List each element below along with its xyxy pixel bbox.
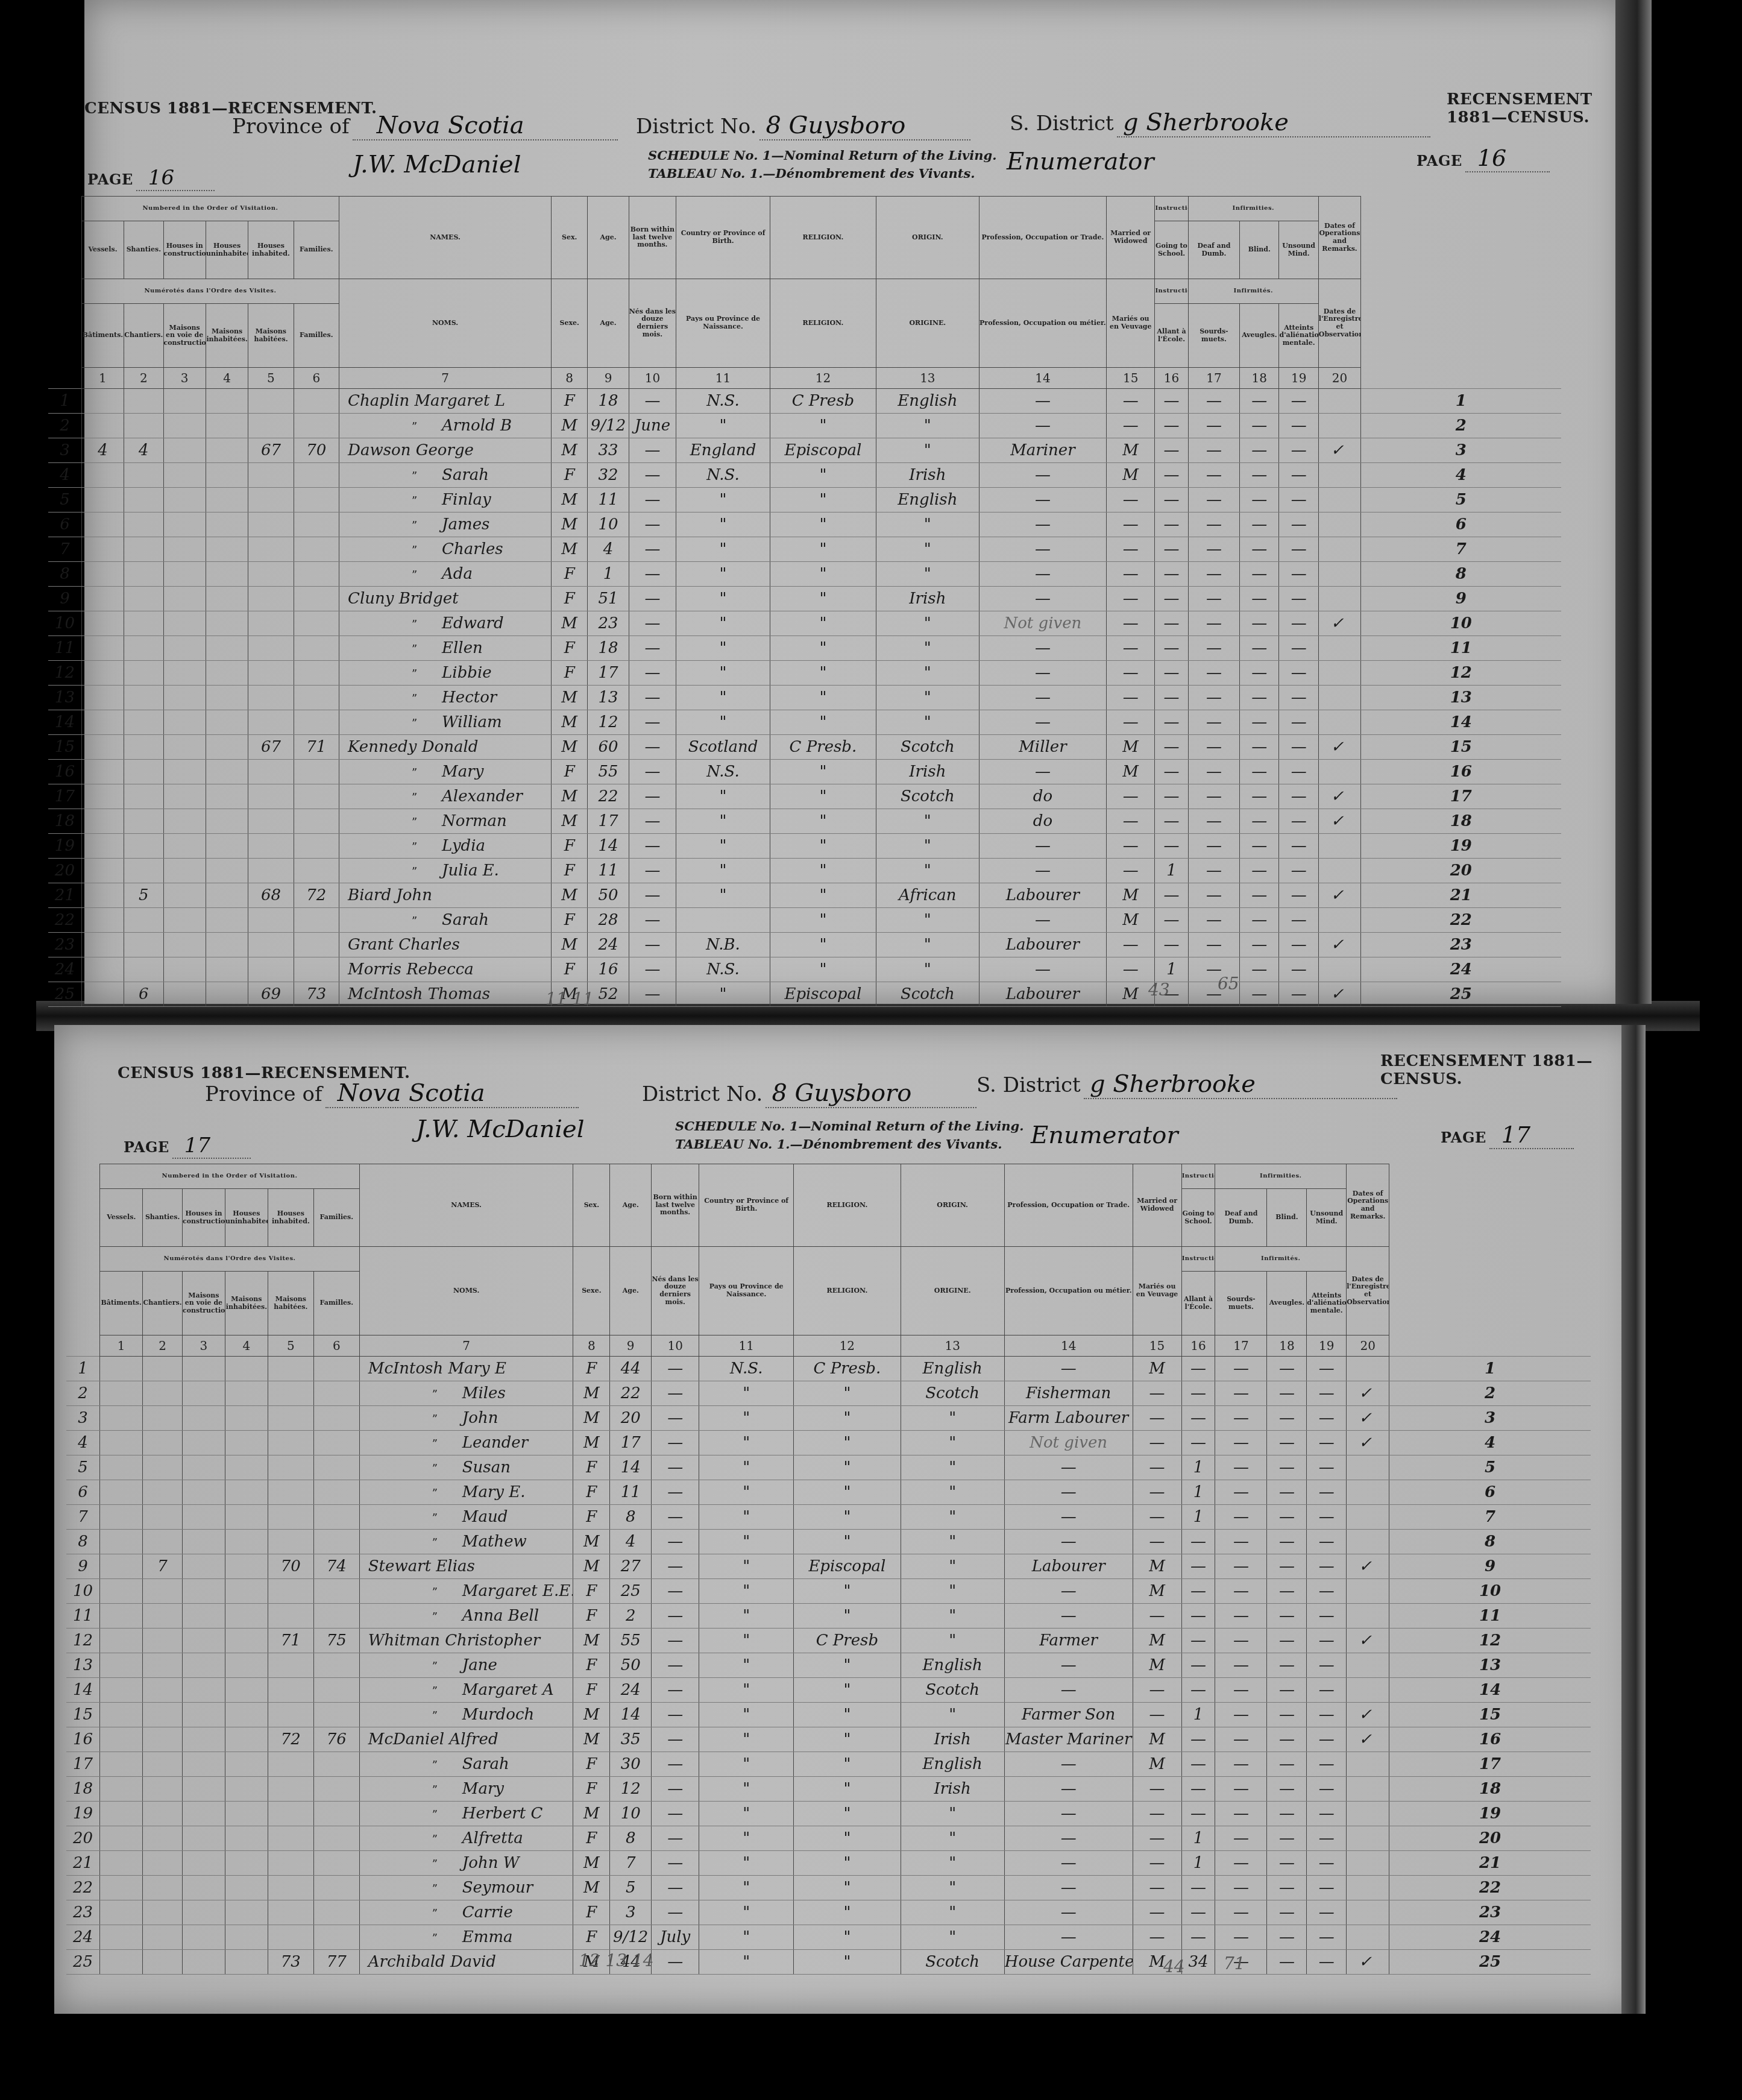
column-number: 4 (206, 368, 248, 389)
line-number: 7 (66, 1505, 100, 1530)
cell-deaf: — (1215, 1357, 1267, 1381)
cell-remarks: ✓ (1347, 1950, 1389, 1975)
line-number: 11 (48, 636, 81, 661)
religion-header-fr: RELIGION. (794, 1247, 901, 1335)
cell-religion: " (770, 562, 876, 587)
cell-c4 (206, 512, 248, 537)
cell-name: ”Mary (359, 1777, 573, 1802)
footer-tally: 71 (1224, 1953, 1245, 1973)
line-number: 17 (48, 784, 81, 809)
cell-remarks (1347, 1752, 1389, 1777)
cell-origin: " (876, 414, 979, 438)
cell-married: — (1133, 1604, 1181, 1629)
cell-c1 (81, 784, 124, 809)
cell-c2 (143, 1579, 183, 1604)
cell-c5 (268, 1480, 313, 1505)
infirmity-subheader-fr: Atteints d'aliénation mentale. (1279, 304, 1318, 368)
cell-c4 (206, 834, 248, 859)
cell-c6 (294, 859, 339, 883)
cell-sex: M (573, 1530, 610, 1554)
cell-remarks: ✓ (1318, 982, 1360, 1007)
cell-c3 (183, 1406, 225, 1431)
cell-c5: 72 (268, 1727, 313, 1752)
sex-header-fr: Sexe. (573, 1247, 610, 1335)
line-number-right: 23 (1361, 933, 1561, 957)
cell-c5 (248, 414, 294, 438)
cell-deaf: — (1215, 1530, 1267, 1554)
cell-name: Morris Rebecca (339, 957, 552, 982)
cell-born: — (629, 438, 676, 463)
cell-c1 (100, 1604, 143, 1629)
cell-profession: Mariner (979, 438, 1106, 463)
ditto-mark: ” (412, 495, 442, 508)
cell-c5: 73 (268, 1950, 313, 1975)
line-number: 4 (66, 1431, 100, 1455)
visitation-subheader: Houses uninhabited. (206, 221, 248, 279)
cell-unsound: — (1307, 1752, 1347, 1777)
cell-school: — (1181, 1381, 1215, 1406)
cell-c5 (268, 1900, 313, 1925)
cell-school: — (1155, 710, 1188, 735)
cell-sex: F (573, 1579, 610, 1604)
infirmities-group-header-fr: Infirmités. (1215, 1247, 1347, 1272)
cell-age: 8 (610, 1826, 652, 1851)
person-name: Libbie (442, 664, 492, 682)
cell-remarks: ✓ (1347, 1406, 1389, 1431)
line-number: 6 (48, 512, 81, 537)
cell-c5 (248, 908, 294, 933)
column-number: 17 (1215, 1335, 1267, 1357)
cell-blind: — (1267, 1579, 1307, 1604)
person-name: Sarah (442, 466, 489, 484)
cell-name: ”Lydia (339, 834, 552, 859)
footer-tally: 44 (1163, 1957, 1185, 1976)
cell-c6 (313, 1381, 359, 1406)
cell-born: — (629, 512, 676, 537)
column-number: 6 (294, 368, 339, 389)
cell-c5 (248, 760, 294, 784)
cell-religion: " (794, 1505, 901, 1530)
cell-origin: Scotch (901, 1381, 1004, 1406)
cell-school: — (1155, 414, 1188, 438)
page-binding-edge (1615, 0, 1652, 1004)
cell-c2 (143, 1431, 183, 1455)
cell-c5 (248, 661, 294, 686)
cell-school: 1 (1181, 1703, 1215, 1727)
cell-c4 (206, 883, 248, 908)
cell-married: — (1133, 1826, 1181, 1851)
cell-c1 (100, 1876, 143, 1900)
cell-school: — (1181, 1431, 1215, 1455)
cell-c2 (124, 611, 163, 636)
table-row: 977074Stewart EliasM27—"Episcopal"Labour… (66, 1554, 1627, 1579)
cell-age: 32 (588, 463, 629, 488)
cell-profession: — (979, 389, 1106, 414)
cell-origin: " (876, 438, 979, 463)
cell-c2 (124, 933, 163, 957)
cell-married: — (1106, 587, 1154, 611)
cell-origin: English (876, 389, 979, 414)
ditto-mark: ” (412, 792, 442, 804)
table-row: 3446770Dawson GeorgeM33—EnglandEpiscopal… (48, 438, 1597, 463)
visitation-subheader-fr: Maisons inhabitées. (225, 1272, 268, 1335)
cell-unsound: — (1307, 1357, 1347, 1381)
cell-remarks (1318, 834, 1360, 859)
cell-born: — (652, 1530, 699, 1554)
cell-birthplace: N.S. (676, 389, 770, 414)
cell-sex: M (551, 710, 587, 735)
person-name: Emma (462, 1928, 513, 1946)
cell-blind: — (1240, 933, 1279, 957)
line-number: 14 (48, 710, 81, 735)
enumerator-name: J.W. McDaniel (416, 1115, 585, 1143)
cell-c4 (225, 1777, 268, 1802)
district-label: District No. (642, 1082, 763, 1106)
cell-sex: M (573, 1727, 610, 1752)
cell-name: ”Murdoch (359, 1703, 573, 1727)
cell-remarks: ✓ (1318, 611, 1360, 636)
cell-remarks: ✓ (1318, 883, 1360, 908)
person-name: John (462, 1409, 498, 1427)
schedule-en: SCHEDULE No. 1—Nominal Return of the Liv… (648, 148, 997, 163)
visitation-subheader: Families. (294, 221, 339, 279)
cell-c6 (313, 1900, 359, 1925)
cell-c4 (225, 1455, 268, 1480)
cell-c2 (124, 661, 163, 686)
infirmity-subheader: Unsound Mind. (1279, 221, 1318, 279)
profession-header-fr: Profession, Occupation ou métier. (979, 279, 1106, 368)
remarks-header-fr: Dates de l'Enregistrement et Observation… (1347, 1247, 1389, 1335)
person-name: Lydia (442, 837, 485, 855)
cell-c2 (124, 587, 163, 611)
line-number-right: 9 (1361, 587, 1561, 611)
cell-origin: " (876, 710, 979, 735)
cell-born: — (629, 883, 676, 908)
infirmity-subheader: Blind. (1240, 221, 1279, 279)
cell-c3 (163, 809, 206, 834)
cell-profession: — (979, 661, 1106, 686)
cell-unsound: — (1279, 636, 1318, 661)
table-row: 167276McDaniel AlfredM35—""IrishMaster M… (66, 1727, 1627, 1752)
table-row: 1Chaplin Margaret LF18—N.S.C PresbEnglis… (48, 389, 1597, 414)
cell-name: Dawson George (339, 438, 552, 463)
cell-age: 50 (610, 1653, 652, 1678)
person-name: Kennedy Donald (348, 738, 478, 756)
cell-born: — (629, 859, 676, 883)
person-name: Ellen (442, 639, 483, 657)
cell-married: — (1133, 1406, 1181, 1431)
cell-c1 (81, 463, 124, 488)
cell-c2 (143, 1455, 183, 1480)
cell-c6 (313, 1406, 359, 1431)
cell-c3 (163, 957, 206, 982)
cell-c6 (294, 908, 339, 933)
cell-school: 1 (1181, 1826, 1215, 1851)
sex-header-fr: Sexe. (551, 279, 587, 368)
visitation-subheader-fr: Familles. (294, 304, 339, 368)
cell-born: — (652, 1480, 699, 1505)
visitation-subheader-fr: Chantiers. (143, 1272, 183, 1335)
cell-c2 (124, 488, 163, 512)
line-number-right: 5 (1361, 488, 1561, 512)
table-row: 16”MaryF55—N.S."Irish—M————16 (48, 760, 1597, 784)
cell-c5 (268, 1505, 313, 1530)
cell-c4 (206, 710, 248, 735)
cell-c2 (124, 512, 163, 537)
cell-married: — (1106, 562, 1154, 587)
ditto-mark: ” (412, 767, 442, 780)
table-row: 2156872Biard JohnM50—""AfricanLabourerM—… (48, 883, 1597, 908)
cell-married: — (1133, 1530, 1181, 1554)
cell-profession: Miller (979, 735, 1106, 760)
birthplace-header-fr: Pays ou Province de Naissance. (676, 279, 770, 368)
cell-c6: 74 (313, 1554, 359, 1579)
district-field: District No. 8 Guysboro (636, 112, 973, 140)
cell-c5: 71 (268, 1629, 313, 1653)
origin-header: ORIGIN. (901, 1164, 1004, 1247)
line-number: 16 (48, 760, 81, 784)
person-name: Ada (442, 565, 473, 583)
visitation-subheader-fr: Maisons habitées. (268, 1272, 313, 1335)
cell-unsound: — (1279, 661, 1318, 686)
cell-profession: — (1004, 1480, 1133, 1505)
cell-age: 11 (588, 859, 629, 883)
cell-remarks (1318, 488, 1360, 512)
column-number: 19 (1279, 368, 1318, 389)
cell-age: 13 (588, 686, 629, 710)
cell-c1 (81, 611, 124, 636)
line-number: 4 (48, 463, 81, 488)
married-header: Married or Widowed (1133, 1164, 1181, 1247)
cell-age: 28 (588, 908, 629, 933)
cell-age: 55 (588, 760, 629, 784)
cell-name: ”Ellen (339, 636, 552, 661)
cell-c4 (206, 488, 248, 512)
cell-religion: " (794, 1530, 901, 1554)
cell-name: ”James (339, 512, 552, 537)
cell-c3 (163, 784, 206, 809)
line-number: 19 (66, 1802, 100, 1826)
cell-c3 (183, 1505, 225, 1530)
table-row: 156771Kennedy DonaldM60—ScotlandC Presb.… (48, 735, 1597, 760)
cell-born: — (652, 1950, 699, 1975)
cell-birthplace: " (699, 1604, 794, 1629)
column-number: 10 (652, 1335, 699, 1357)
cell-sex: F (551, 587, 587, 611)
cell-c2 (124, 784, 163, 809)
line-number-right: 22 (1389, 1876, 1591, 1900)
column-number: 20 (1318, 368, 1360, 389)
cell-religion: " (794, 1455, 901, 1480)
cell-c2 (143, 1752, 183, 1777)
cell-c2: 5 (124, 883, 163, 908)
cell-c3 (163, 389, 206, 414)
cell-c6 (294, 661, 339, 686)
cell-religion: C Presb (770, 389, 876, 414)
visitation-subheader-fr: Bâtiments. (81, 304, 124, 368)
cell-origin: Scotch (876, 982, 979, 1007)
cell-c6 (294, 834, 339, 859)
line-number-right: 25 (1389, 1950, 1591, 1975)
cell-religion: " (770, 611, 876, 636)
header-spacer (66, 1335, 100, 1357)
cell-married: — (1133, 1505, 1181, 1530)
table-row: 19”Herbert CM10—"""——————19 (66, 1802, 1627, 1826)
cell-deaf: — (1188, 414, 1239, 438)
table-row: 127175Whitman ChristopherM55—"C Presb"Fa… (66, 1629, 1627, 1653)
cell-c2 (124, 414, 163, 438)
cell-sex: F (551, 389, 587, 414)
cell-origin: Irish (876, 463, 979, 488)
cell-c4 (225, 1357, 268, 1381)
person-name: Finlay (442, 491, 491, 509)
cell-c3 (183, 1431, 225, 1455)
cell-c3 (163, 760, 206, 784)
cell-deaf: — (1215, 1505, 1267, 1530)
cell-school: — (1155, 389, 1188, 414)
cell-unsound: — (1307, 1480, 1347, 1505)
cell-unsound: — (1279, 908, 1318, 933)
cell-c4 (206, 933, 248, 957)
line-number-right: 17 (1361, 784, 1561, 809)
person-name: Alexander (442, 787, 523, 806)
cell-unsound: — (1307, 1406, 1347, 1431)
cell-deaf: — (1215, 1777, 1267, 1802)
cell-religion: " (770, 908, 876, 933)
cell-age: 2 (610, 1604, 652, 1629)
cell-remarks: ✓ (1318, 933, 1360, 957)
cell-name: Cluny Bridget (339, 587, 552, 611)
profession-header-fr: Profession, Occupation ou métier. (1004, 1247, 1133, 1335)
visitation-subheader-fr: Bâtiments. (100, 1272, 143, 1335)
line-number-right: 4 (1361, 463, 1561, 488)
ditto-mark: ” (412, 866, 442, 878)
cell-c1 (100, 1653, 143, 1678)
cell-name: Whitman Christopher (359, 1629, 573, 1653)
cell-c1 (100, 1431, 143, 1455)
cell-c6 (313, 1703, 359, 1727)
born-header: Born within last twelve months. (629, 197, 676, 279)
cell-c4 (206, 760, 248, 784)
cell-school: — (1181, 1876, 1215, 1900)
cell-birthplace: N.S. (676, 463, 770, 488)
cell-c3 (183, 1455, 225, 1480)
cell-c2 (143, 1678, 183, 1703)
header-spacer (48, 368, 81, 389)
cell-birthplace: " (676, 414, 770, 438)
cell-birthplace: " (699, 1950, 794, 1975)
cell-c3 (183, 1851, 225, 1876)
cell-remarks (1347, 1455, 1389, 1480)
cell-profession: — (1004, 1530, 1133, 1554)
line-number-right: 11 (1389, 1604, 1591, 1629)
cell-school: — (1155, 438, 1188, 463)
cell-born: — (629, 661, 676, 686)
cell-c2 (143, 1604, 183, 1629)
cell-c6 (294, 636, 339, 661)
profession-header: Profession, Occupation or Trade. (979, 197, 1106, 279)
cell-age: 17 (610, 1431, 652, 1455)
line-number: 16 (66, 1727, 100, 1752)
cell-blind: — (1267, 1777, 1307, 1802)
cell-c4 (225, 1480, 268, 1505)
cell-name: Biard John (339, 883, 552, 908)
cell-origin: English (876, 488, 979, 512)
census-page-17: CENSUS 1881—RECENSEMENT. RECENSEMENT 188… (54, 1025, 1640, 2014)
cell-c1 (81, 908, 124, 933)
cell-born: — (652, 1579, 699, 1604)
cell-married: — (1133, 1455, 1181, 1480)
ditto-mark: ” (412, 693, 442, 705)
cell-unsound: — (1279, 760, 1318, 784)
person-name: Edward (442, 614, 503, 632)
cell-unsound: — (1279, 488, 1318, 512)
cell-born: — (629, 686, 676, 710)
cell-c3 (183, 1629, 225, 1653)
cell-c3 (163, 587, 206, 611)
cell-blind: — (1240, 686, 1279, 710)
district-value: 8 Guysboro (766, 1079, 976, 1108)
cell-unsound: — (1307, 1703, 1347, 1727)
table-row: 14”WilliamM12—"""——————14 (48, 710, 1597, 735)
person-name: Carrie (462, 1903, 513, 1922)
cell-born: — (629, 611, 676, 636)
line-number: 19 (48, 834, 81, 859)
cell-unsound: — (1279, 859, 1318, 883)
schedule-fr: TABLEAU No. 1.—Dénombrement des Vivants. (648, 166, 975, 181)
cell-religion: " (794, 1703, 901, 1727)
line-number: 8 (48, 562, 81, 587)
cell-birthplace: " (699, 1653, 794, 1678)
cell-blind: — (1267, 1678, 1307, 1703)
line-number-right: 21 (1389, 1851, 1591, 1876)
cell-c6 (313, 1604, 359, 1629)
table-row: 2566973McIntosh ThomasM52—"EpiscopalScot… (48, 982, 1597, 1007)
line-number-right: 2 (1361, 414, 1561, 438)
cell-religion: " (770, 859, 876, 883)
person-name: Mary (462, 1780, 504, 1798)
cell-deaf: — (1215, 1604, 1267, 1629)
cell-profession: Labourer (979, 883, 1106, 908)
line-number-right: 4 (1389, 1431, 1591, 1455)
person-name: Hector (442, 689, 497, 707)
cell-c6 (313, 1431, 359, 1455)
cell-c3 (163, 512, 206, 537)
cell-religion: " (794, 1851, 901, 1876)
column-number: 15 (1133, 1335, 1181, 1357)
cell-c5 (268, 1431, 313, 1455)
cell-name: ”Margaret A (359, 1678, 573, 1703)
cell-unsound: — (1279, 784, 1318, 809)
census-table: Numbered in the Order of Visitation.NAME… (66, 1164, 1627, 1975)
cell-c1 (81, 414, 124, 438)
cell-c3 (163, 463, 206, 488)
cell-religion: " (770, 760, 876, 784)
cell-deaf: — (1188, 587, 1239, 611)
cell-c2 (143, 1727, 183, 1752)
table-row: 8”AdaF1—"""——————8 (48, 562, 1597, 587)
cell-school: — (1155, 661, 1188, 686)
visitation-subheader-fr: Maisons en voie de construction. (183, 1272, 225, 1335)
cell-age: 25 (610, 1579, 652, 1604)
line-number-right: 10 (1361, 611, 1561, 636)
cell-profession: Labourer (1004, 1554, 1133, 1579)
column-number: 16 (1155, 368, 1188, 389)
cell-born: July (652, 1925, 699, 1950)
religion-header-fr: RELIGION. (770, 279, 876, 368)
cell-remarks (1318, 414, 1360, 438)
cell-blind: — (1240, 982, 1279, 1007)
